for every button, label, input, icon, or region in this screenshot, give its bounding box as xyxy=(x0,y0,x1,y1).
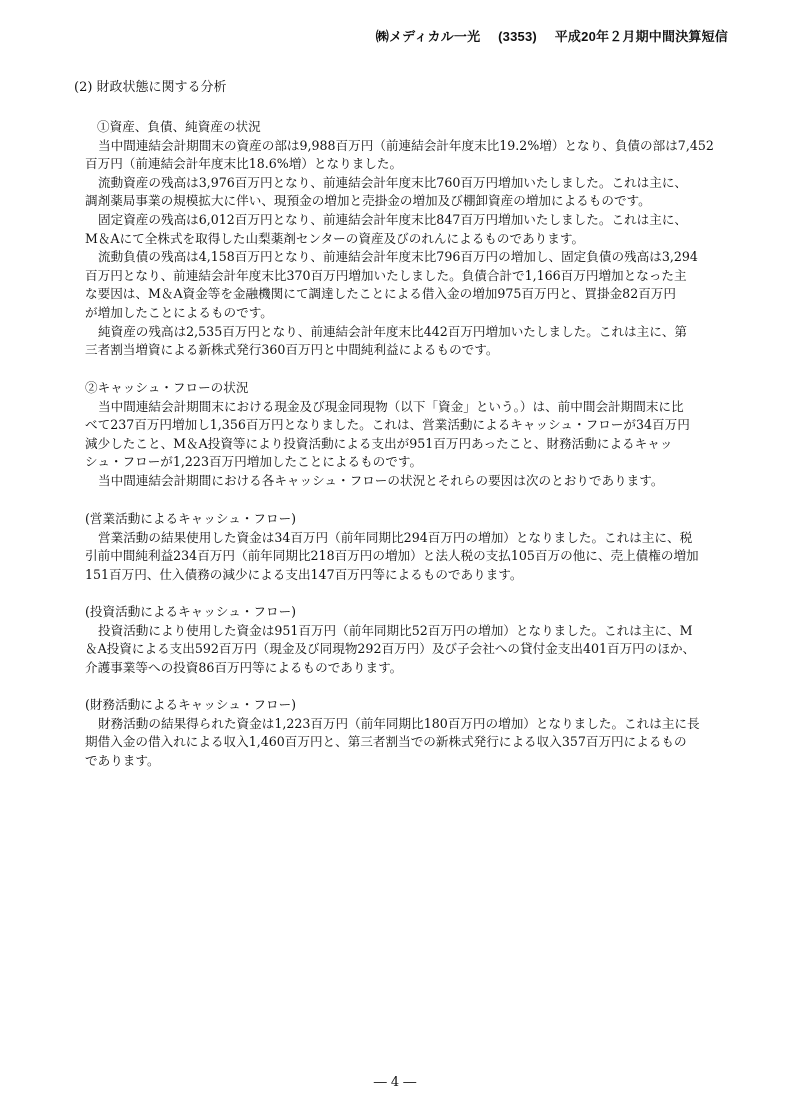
paragraph-line: 流動資産の残高は3,976百万円となり、前連結会計年度末比760百万円増加いたし… xyxy=(85,174,730,193)
paragraph-line: M＆Aにて全株式を取得した山梨薬剤センターの資産及びのれんによるものであります。 xyxy=(85,230,730,249)
cash-flow-heading: ②キャッシュ・フローの状況 xyxy=(85,379,730,398)
paragraph-line: ＆A投資による支出592百万円（現金及び同現物292百万円）及び子会社への貸付金… xyxy=(85,640,730,659)
financing-heading: (財務活動によるキャッシュ・フロー) xyxy=(85,696,730,715)
paragraph-line: 百万円となり、前連結会計年度末比370百万円増加いたしました。負債合計で1,16… xyxy=(85,267,730,286)
financing-cash-flow-section: (財務活動によるキャッシュ・フロー) 財務活動の結果得られた資金は1,223百万… xyxy=(85,696,730,770)
paragraph-line: 固定資産の残高は6,012百万円となり、前連結会計年度末比847百万円増加いたし… xyxy=(85,211,730,230)
paragraph-line: 投資活動により使用した資金は951百万円（前年同期比52百万円の増加）となりまし… xyxy=(85,622,730,641)
paragraph-line: 引前中間純利益234百万円（前年同期比218百万円の増加）と法人税の支払105百… xyxy=(85,547,730,566)
stock-code: (3353) xyxy=(498,29,537,44)
paragraph-line: 流動負債の残高は4,158百万円となり、前連結会計年度末比796百万円の増加し、… xyxy=(85,248,730,267)
paragraph-line: べて237百万円増加し1,356百万円となりました。これは、営業活動によるキャッ… xyxy=(85,416,730,435)
paragraph-line: 三者割当増資による新株式発行360百万円と中間純利益によるものです。 xyxy=(85,341,730,360)
paragraph-line: 純資産の残高は2,535百万円となり、前連結会計年度末比442百万円増加いたしま… xyxy=(85,323,730,342)
paragraph-line: 151百万円、仕入債務の減少による支出147百万円等によるものであります。 xyxy=(85,566,730,585)
paragraph-line: シュ・フローが1,223百万円増加したことによるものです。 xyxy=(85,453,730,472)
paragraph-line: な要因は、M＆A資金等を金融機関にて調達したことによる借入金の増加975百万円と… xyxy=(85,285,730,304)
paragraph-line: 減少したこと、M＆A投資等により投資活動による支出が951百万円あったこと、財務… xyxy=(85,435,730,454)
paragraph-line: 期借入金の借入れによる収入1,460百万円と、第三者割当での新株式発行による収入… xyxy=(85,733,730,752)
cash-flow-section: ②キャッシュ・フローの状況 当中間連結会計期間末における現金及び現金同現物（以下… xyxy=(85,379,730,491)
report-title: 平成20年２月期中間決算短信 xyxy=(555,29,728,44)
paragraph-line: が増加したことによるものです。 xyxy=(85,304,730,323)
paragraph-line: 百万円（前連結会計年度末比18.6%増）となりました。 xyxy=(85,155,730,174)
balance-sheet-heading: ①資産、負債、純資産の状況 xyxy=(85,118,730,137)
operating-heading: (営業活動によるキャッシュ・フロー) xyxy=(85,510,730,529)
operating-cash-flow-section: (営業活動によるキャッシュ・フロー) 営業活動の結果使用した資金は34百万円（前… xyxy=(85,510,730,584)
paragraph-line: 当中間連結会計期間末の資産の部は9,988百万円（前連結会計年度末比19.2%増… xyxy=(85,137,730,156)
investing-heading: (投資活動によるキャッシュ・フロー) xyxy=(85,603,730,622)
document-header: ㈱メディカル一光 (3353) 平成20年２月期中間決算短信 xyxy=(376,26,728,45)
paragraph-line: であります。 xyxy=(85,752,730,771)
paragraph-line: 財務活動の結果得られた資金は1,223百万円（前年同期比180百万円の増加）とな… xyxy=(85,715,730,734)
paragraph-line: 営業活動の結果使用した資金は34百万円（前年同期比294百万円の増加）となりまし… xyxy=(85,529,730,548)
balance-sheet-section: ①資産、負債、純資産の状況 当中間連結会計期間末の資産の部は9,988百万円（前… xyxy=(85,118,730,360)
paragraph-line: 調剤薬局事業の規模拡大に伴い、現預金の増加と売掛金の増加及び棚卸資産の増加による… xyxy=(85,192,730,211)
paragraph-line: 当中間連結会計期間末における現金及び現金同現物（以下「資金」という。）は、前中間… xyxy=(85,398,730,417)
investing-cash-flow-section: (投資活動によるキャッシュ・フロー) 投資活動により使用した資金は951百万円（… xyxy=(85,603,730,677)
company-name: ㈱メディカル一光 xyxy=(376,29,481,44)
page-number: ― 4 ― xyxy=(0,1075,790,1090)
paragraph-line: 当中間連結会計期間における各キャッシュ・フローの状況とそれらの要因は次のとおりで… xyxy=(85,472,730,491)
section-title: (2) 財政状態に関する分析 xyxy=(74,76,227,95)
paragraph-line: 介護事業等への投資86百万円等によるものであります。 xyxy=(85,659,730,678)
